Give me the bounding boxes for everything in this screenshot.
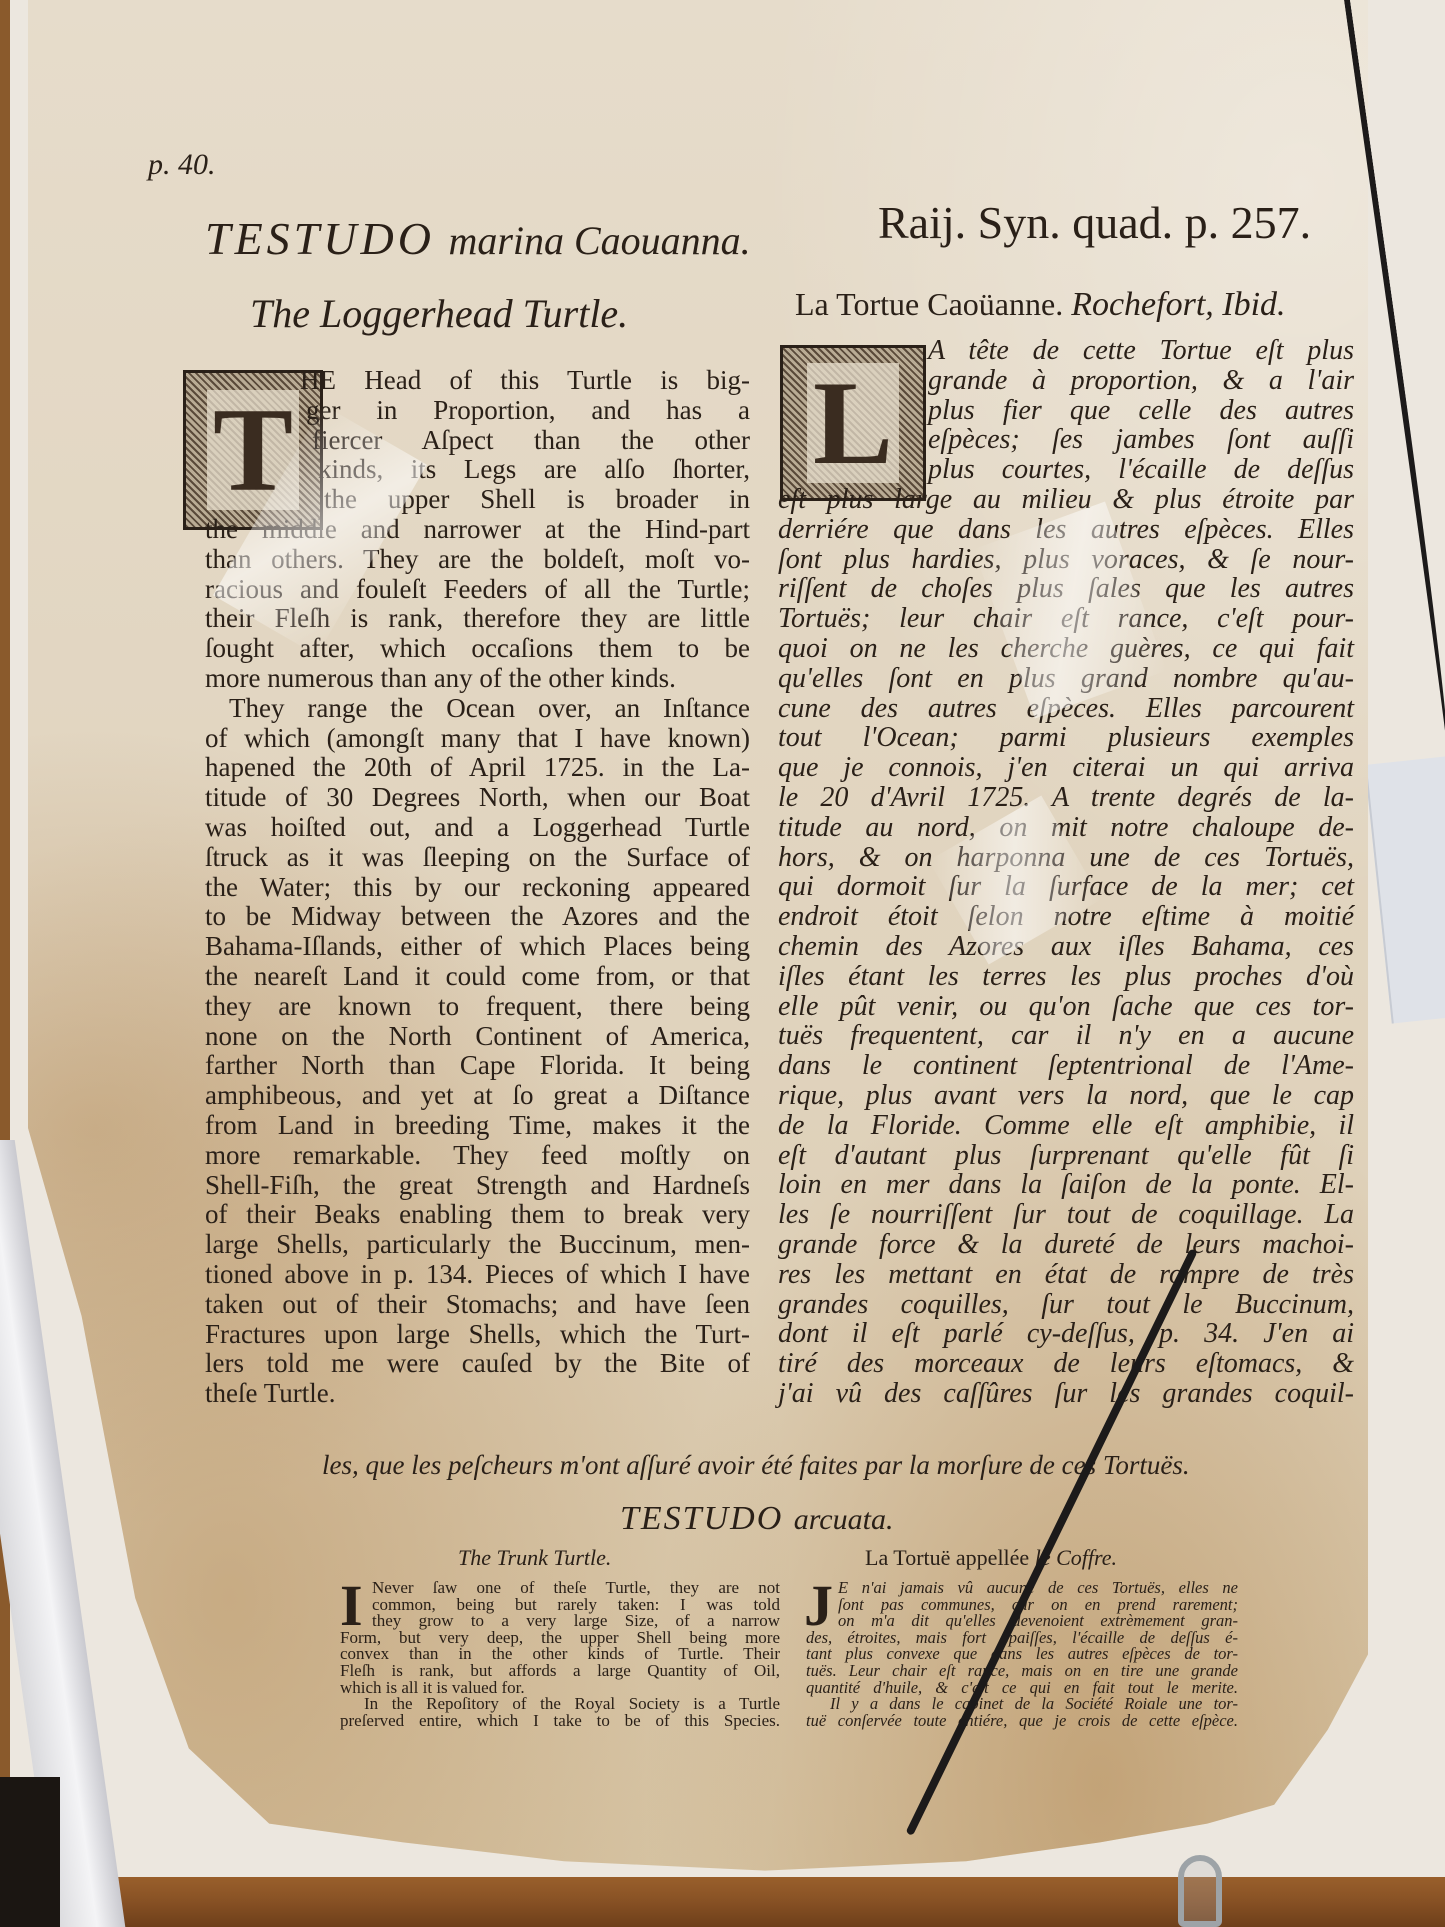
second-english-column: Never ſaw one of theſe Turtle, they are … — [340, 1580, 780, 1729]
text-line: endroit étoit ſelon notre eſtime à moiti… — [778, 902, 1354, 932]
text-line: eſt plus large au milieu & plus étroite … — [778, 485, 1354, 515]
second-entry-title: TESTUDO arcuata. — [620, 1500, 893, 1538]
text-line: ſought after, which occaſions them to be — [205, 634, 750, 664]
english-column: HE Head of this Turtle is big-ger in Pro… — [205, 366, 750, 1409]
text-line: ſtruck as it was ſleeping on the Surface… — [205, 843, 750, 873]
text-line: hapened the 20th of April 1725. in the L… — [205, 753, 750, 783]
text-line: they are known to frequent, there being — [205, 992, 750, 1022]
text-line: dans le continent ſeptentrional de l'Ame… — [778, 1051, 1354, 1081]
text-line: loin en mer dans la ſaiſon de la ponte. … — [778, 1170, 1354, 1200]
text-line: tout l'Ocean; parmi plusieurs exemples — [778, 723, 1354, 753]
text-line: Bahama-Iſlands, either of which Places b… — [205, 932, 750, 962]
text-line: qu'elles ſont en plus grand nombre qu'au… — [778, 664, 1354, 694]
text-line: the middle and narrower at the Hind-part — [205, 515, 750, 545]
text-line: HE Head of this Turtle is big- — [205, 366, 750, 396]
text-line: tuës frequentent, car il n'y en a aucune — [778, 1021, 1354, 1051]
french-heading: La Tortue Caoüanne. Rochefort, Ibid. — [795, 286, 1286, 324]
page-reference: p. 40. — [148, 148, 216, 182]
text-line: than others. They are the boldeſt, moſt … — [205, 545, 750, 575]
french-heading-name: La Tortue Caoüanne. — [795, 286, 1063, 322]
text-line: grande à proportion, & a l'air — [778, 366, 1354, 396]
page-content: p. 40. TESTUDO marina Caouanna. Raij. Sy… — [0, 0, 1445, 1927]
text-line: ſont plus hardies, plus voraces, & ſe no… — [778, 545, 1354, 575]
text-line: derriére que dans les autres eſpèces. El… — [778, 515, 1354, 545]
text-line: lers told me were cauſed by the Bite of — [205, 1349, 750, 1379]
text-line: quoi on ne les cherche guères, ce qui fa… — [778, 634, 1354, 664]
text-line: dont il eſt parlé cy-deſſus, p. 34. J'en… — [778, 1319, 1354, 1349]
text-line: tuë conſervée toute entiére, que je croi… — [806, 1713, 1238, 1730]
text-line: res les mettant en état de rompre de trè… — [778, 1260, 1354, 1290]
text-line: que je connois, j'en citerai un qui arri… — [778, 753, 1354, 783]
text-line: eſt d'autant plus ſurprenant qu'elle fût… — [778, 1141, 1354, 1171]
text-line: riſſent de choſes plus ſales que les aut… — [778, 574, 1354, 604]
text-line: les ſe nourriſſent ſur tout de coquillag… — [778, 1200, 1354, 1230]
text-line: Fractures upon large Shells, which the T… — [205, 1320, 750, 1350]
text-line: eſpèces; ſes jambes ſont auſſi — [778, 425, 1354, 455]
title-species: marina Caouanna. — [448, 218, 750, 263]
text-line: plus fier que celle des autres — [778, 396, 1354, 426]
second-title-genus: TESTUDO — [620, 1500, 783, 1537]
text-line: titude au nord, on mit notre chaloupe de… — [778, 813, 1354, 843]
text-line: of which (amongſt many that I have known… — [205, 724, 750, 754]
text-line: was hoiſted out, and a Loggerhead Turtle — [205, 813, 750, 843]
text-line: farther North than Cape Florida. It bein… — [205, 1051, 750, 1081]
text-line: titude of 30 Degrees North, when our Boa… — [205, 783, 750, 813]
french-wrap-line: les, que les peſcheurs m'ont aſſuré avoi… — [322, 1450, 1190, 1481]
text-line: theſe Turtle. — [205, 1379, 750, 1409]
title-genus: TESTUDO — [205, 213, 435, 264]
text-line: racious and fouleſt Feeders of all the T… — [205, 575, 750, 605]
text-line: j'ai vû des caſſûres ſur les grandes coq… — [778, 1379, 1354, 1409]
text-line: none on the North Continent of America, — [205, 1022, 750, 1052]
text-line: the Water; this by our reckoning appeare… — [205, 873, 750, 903]
text-line: Tortuës; leur chair eſt rance, c'eſt pou… — [778, 604, 1354, 634]
text-line: large Shells, particularly the Buccinum,… — [205, 1230, 750, 1260]
text-line: of their Beaks enabling them to break ve… — [205, 1200, 750, 1230]
text-line: chemin des Azores aux iſles Bahama, ces — [778, 932, 1354, 962]
text-line: tioned above in p. 134. Pieces of which … — [205, 1260, 750, 1290]
text-line: qui dormoit ſur la ſurface de la mer; ce… — [778, 872, 1354, 902]
text-line: le 20 d'Avril 1725. A trente degrés de l… — [778, 783, 1354, 813]
text-line: amphibeous, and yet at ſo great a Diſtan… — [205, 1081, 750, 1111]
text-line: grande force & la dureté de leurs machoi… — [778, 1230, 1354, 1260]
text-line: taken out of their Stomachs; and have ſe… — [205, 1290, 750, 1320]
text-line: from Land in breeding Time, makes it the — [205, 1111, 750, 1141]
text-line: kinds, its Legs are alſo ſhorter, — [205, 455, 750, 485]
text-line: elle pût venir, ou qu'on ſache que ces t… — [778, 992, 1354, 1022]
french-column: A tête de cette Tortue eſt plusgrande à … — [778, 336, 1354, 1409]
text-line: They range the Ocean over, an Inſtance — [205, 694, 750, 724]
text-line: rique, plus avant vers la nord, que le c… — [778, 1081, 1354, 1111]
text-line: preſerved entire, which I take to be of … — [340, 1713, 780, 1730]
text-line: the neareſt Land it could come from, or … — [205, 962, 750, 992]
second-title-species: arcuata. — [794, 1503, 894, 1536]
text-line: hors, & on harponna une de ces Tortuës, — [778, 843, 1354, 873]
metal-hook — [1178, 1855, 1222, 1927]
text-line: ger in Proportion, and has a — [205, 396, 750, 426]
text-line: their Fleſh is rank, therefore they are … — [205, 604, 750, 634]
french-heading-reference: Rochefort, Ibid. — [1071, 286, 1285, 323]
text-line: Shell-Fiſh, the great Strength and Hardn… — [205, 1171, 750, 1201]
text-line: more numerous than any of the other kind… — [205, 664, 750, 694]
text-line: plus courtes, l'écaille de deſſus — [778, 455, 1354, 485]
second-french-heading: La Tortuë appellée le Coffre. — [865, 1545, 1117, 1571]
english-heading: The Loggerhead Turtle. — [250, 290, 628, 337]
text-line: A tête de cette Tortue eſt plus — [778, 336, 1354, 366]
text-line: tiré des morceaux de leurs eſtomacs, & — [778, 1349, 1354, 1379]
text-line: more remarkable. They feed moſtly on — [205, 1141, 750, 1171]
text-line: to be Midway between the Azores and the — [205, 902, 750, 932]
text-line: fiercer Aſpect than the other — [205, 426, 750, 456]
second-english-heading: The Trunk Turtle. — [458, 1545, 611, 1571]
title-reference: Raij. Syn. quad. p. 257. — [878, 196, 1311, 249]
text-line: de la Floride. Comme elle eſt amphibie, … — [778, 1111, 1354, 1141]
text-line: iſles étant les terres les plus proches … — [778, 962, 1354, 992]
main-title: TESTUDO marina Caouanna. — [205, 212, 751, 265]
text-line: cune des autres eſpèces. Elles parcouren… — [778, 694, 1354, 724]
text-line: grandes coquilles, ſur tout le Buccinum, — [778, 1290, 1354, 1320]
text-line: the upper Shell is broader in — [205, 485, 750, 515]
